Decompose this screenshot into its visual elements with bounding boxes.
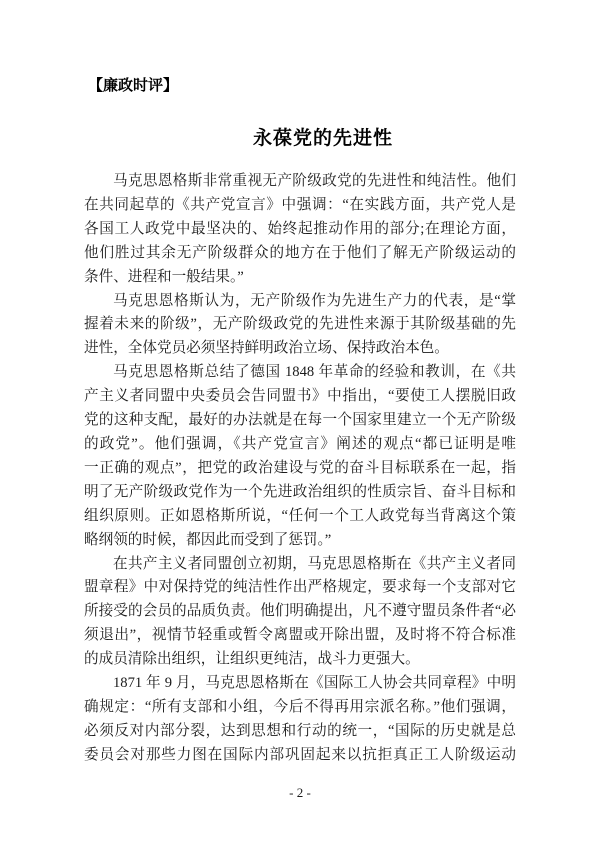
column-tag: 【廉政时评】	[88, 76, 600, 96]
body-line: 明了无产阶级政党作为一个先进政治组织的性质宗旨、奋斗目标和	[84, 481, 516, 505]
document-page: 【廉政时评】 永葆党的先进性 马克思恩格斯非常重视无产阶级政党的先进性和纯洁性。…	[0, 0, 600, 849]
body-line: 在共同起草的《共产党宣言》中强调：“在实践方面，共产党人是	[84, 194, 516, 218]
body-line: 须退出”，视情节轻重或暂令离盟或开除出盟，及时将不符合标准	[84, 624, 516, 648]
body-line: 盟章程》中对保持党的纯洁性作出严格规定，要求每一个支部对它	[84, 576, 516, 600]
body-line: 委员会对那些力图在国际内部巩固起来以抗拒真正工人阶级运动	[84, 744, 516, 768]
page-number: - 2 -	[0, 784, 600, 802]
body-line: 党的这种支配，最好的办法就是在每一个国家里建立一个无产阶级	[84, 409, 516, 433]
body-line: 各国工人政党中最坚决的、始终起推动作用的部分;在理论方面，	[84, 218, 516, 242]
document-title: 永葆党的先进性	[23, 126, 600, 152]
body-line: 马克思恩格斯总结了德国 1848 年革命的经验和教训，在《共	[84, 361, 516, 385]
body-line: 必须反对内部分裂，达到思想和行动的统一，“国际的历史就是总	[84, 720, 516, 744]
body-line: 在共产主义者同盟创立初期，马克思恩格斯在《共产主义者同	[84, 553, 516, 577]
body-line: 马克思恩格斯认为，无产阶级作为先进生产力的代表，是“掌	[84, 290, 516, 314]
body-line: 的成员清除出组织，让组织更纯洁，战斗力更强大。	[84, 648, 516, 672]
body-line: 一正确的观点”，把党的政治建设与党的奋斗目标联系在一起，指	[84, 457, 516, 481]
body-line: 所接受的会员的品质负责。他们明确提出，凡不遵守盟员条件者“必	[84, 600, 516, 624]
body-line: 他们胜过其余无产阶级群众的地方在于他们了解无产阶级运动的	[84, 242, 516, 266]
body-line: 确规定：“所有支部和小组，今后不得再用宗派名称。”他们强调，	[84, 696, 516, 720]
body-line: 的政党”。他们强调，《共产党宣言》阐述的观点“都已证明是唯	[84, 433, 516, 457]
body-line: 马克思恩格斯非常重视无产阶级政党的先进性和纯洁性。他们	[84, 170, 516, 194]
document-body: 马克思恩格斯非常重视无产阶级政党的先进性和纯洁性。他们在共同起草的《共产党宣言》…	[84, 170, 516, 768]
body-line: 1871 年 9 月，马克思恩格斯在《国际工人协会共同章程》中明	[84, 672, 516, 696]
body-line: 组织原则。正如恩格斯所说，“任何一个工人政党每当背离这个策	[84, 505, 516, 529]
body-line: 略纲领的时候，都因此而受到了惩罚。”	[84, 529, 516, 553]
body-line: 产主义者同盟中央委员会告同盟书》中指出，“要使工人摆脱旧政	[84, 385, 516, 409]
body-line: 握着未来的阶级”，无产阶级政党的先进性来源于其阶级基础的先	[84, 313, 516, 337]
body-line: 条件、进程和一般结果。”	[84, 266, 516, 290]
body-line: 进性，全体党员必须坚持鲜明政治立场、保持政治本色。	[84, 337, 516, 361]
